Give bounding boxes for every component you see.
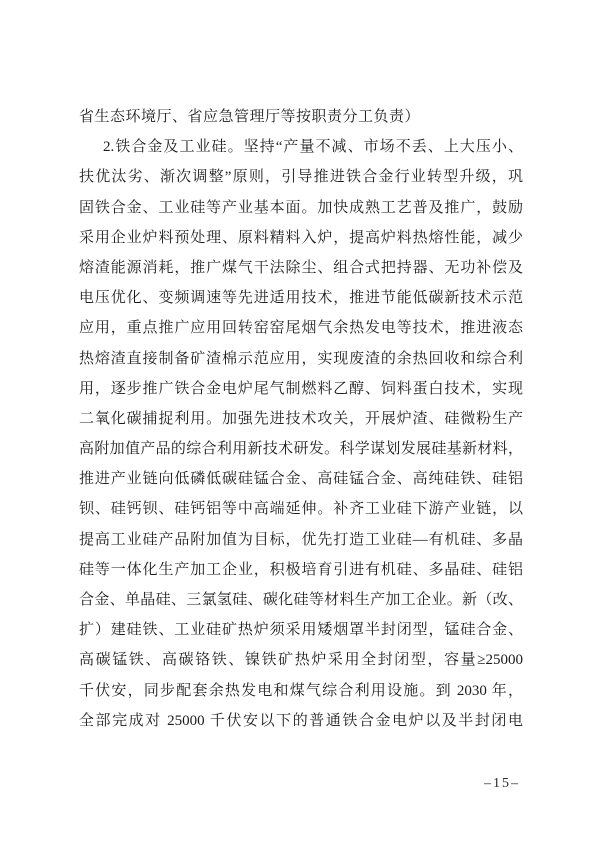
text-line: 热熔渣直接制备矿渣棉示范应用，实现废渣的余热回收和综合利	[79, 344, 523, 374]
text-line: 采用企业炉料预处理、原料精料入炉，提高炉料热熔性能，减少	[79, 223, 523, 253]
text-line: 电压优化、变频调速等先进适用技术，推进节能低碳新技术示范	[79, 283, 523, 313]
text-line: 推进产业链向低磷低碳硅锰合金、高硅锰合金、高纯硅铁、硅铝	[79, 464, 523, 494]
document-text-block: 省生态环境厅、省应急管理厅等按职责分工负责） 2.铁合金及工业硅。坚持“产量不减…	[79, 102, 523, 736]
text-line: 提高工业硅产品附加值为目标，优先打造工业硅—有机硅、多晶	[79, 525, 523, 555]
text-line: 钡、硅钙钡、硅钙铝等中高端延伸。补齐工业硅下游产业链，以	[79, 494, 523, 524]
text-line: 2.铁合金及工业硅。坚持“产量不减、市场不丢、上大压小、	[79, 132, 523, 162]
text-line: 用，逐步推广铁合金电炉尾气制燃料乙醇、饲料蛋白技术，实现	[79, 374, 523, 404]
text-line: 固铁合金、工业硅等产业基本面。加快成熟工艺普及推广，鼓励	[79, 193, 523, 223]
text-line: 千伏安，同步配套余热发电和煤气综合利用设施。到 2030 年，	[79, 676, 523, 706]
document-page: 省生态环境厅、省应急管理厅等按职责分工负责） 2.铁合金及工业硅。坚持“产量不减…	[0, 0, 600, 848]
text-line: 高附加值产品的综合利用新技术研发。科学谋划发展硅基新材料，	[79, 434, 523, 464]
text-line: 省生态环境厅、省应急管理厅等按职责分工负责）	[79, 102, 523, 132]
text-line: 硅等一体化生产加工企业，积极培育引进有机硅、多晶硅、硅铝	[79, 555, 523, 585]
text-line: 扶优汰劣、渐次调整”原则，引导推进铁合金行业转型升级，巩	[79, 162, 523, 192]
text-line: 高碳锰铁、高碳铬铁、镍铁矿热炉采用全封闭型，容量≥25000	[79, 645, 523, 675]
text-line: 熔渣能源消耗，推广煤气干法除尘、组合式把持器、无功补偿及	[79, 253, 523, 283]
text-line: 二氧化碳捕捉利用。加强先进技术攻关，开展炉渣、硅微粉生产	[79, 404, 523, 434]
text-line: 全部完成对 25000 千伏安以下的普通铁合金电炉以及半封闭电	[79, 706, 523, 736]
text-line: 扩）建硅铁、工业硅矿热炉须采用矮烟罩半封闭型，锰硅合金、	[79, 615, 523, 645]
text-line: 合金、单晶硅、三氯氢硅、碳化硅等材料生产加工企业。新（改、	[79, 585, 523, 615]
text-line: 应用，重点推广应用回转窑窑尾烟气余热发电等技术，推进液态	[79, 313, 523, 343]
page-number: –15–	[484, 776, 520, 792]
